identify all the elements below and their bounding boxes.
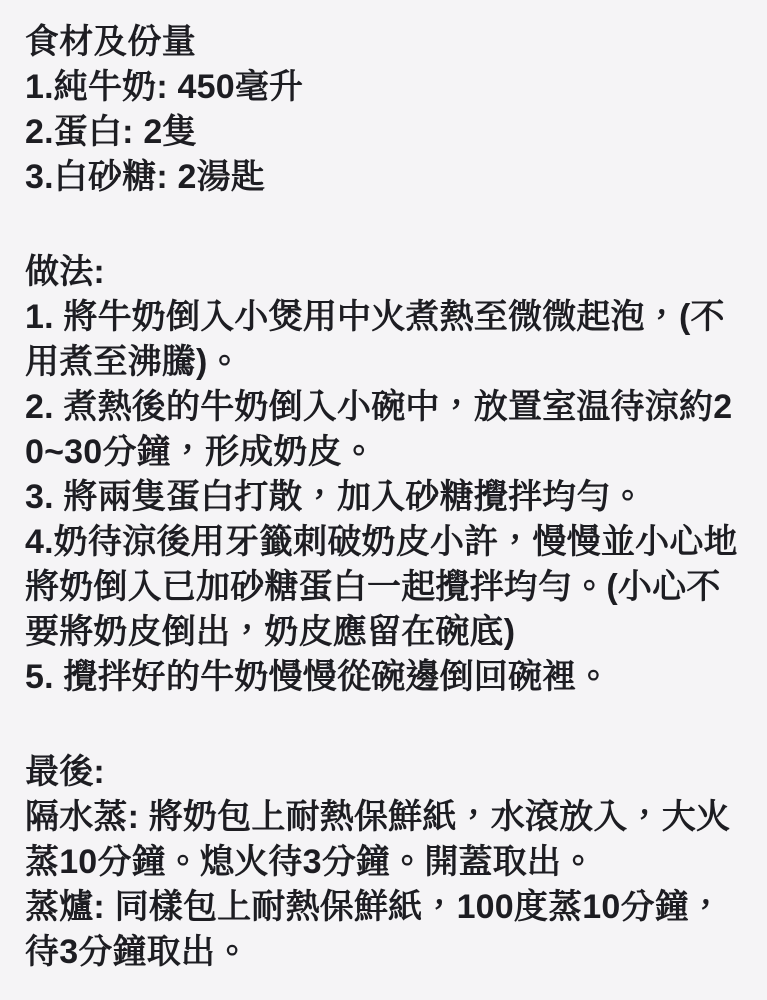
ingredients-heading: 食材及份量 (25, 20, 751, 65)
final-section: 最後: 隔水蒸: 將奶包上耐熱保鮮紙，水滾放入，大火蒸10分鐘。熄火待3分鐘。開… (25, 750, 751, 975)
final-heading: 最後: (25, 750, 751, 795)
ingredients-section: 食材及份量 1.純牛奶: 450毫升 2.蛋白: 2隻 3.白砂糖: 2湯匙 (25, 20, 751, 200)
recipe-page: { "page": { "background_color": "#f5f4f6… (0, 0, 767, 1000)
method-section: 做法: 1. 將牛奶倒入小煲用中火煮熱至微微起泡，(不用煮至沸騰)。 2. 煮熱… (25, 250, 751, 700)
recipe-document: 食材及份量 1.純牛奶: 450毫升 2.蛋白: 2隻 3.白砂糖: 2湯匙 做… (0, 0, 767, 1000)
final-step-steam-oven: 蒸爐: 同樣包上耐熱保鮮紙，100度蒸10分鐘，待3分鐘取出。 (25, 885, 751, 975)
ingredient-item-egg-white: 2.蛋白: 2隻 (25, 110, 751, 155)
method-step-5: 5. 攪拌好的牛奶慢慢從碗邊倒回碗裡。 (25, 655, 751, 700)
method-step-4: 4.奶待涼後用牙籤刺破奶皮小許，慢慢並小心地將奶倒入已加砂糖蛋白一起攪拌均勻。(… (25, 520, 751, 655)
method-heading: 做法: (25, 250, 751, 295)
ingredient-item-milk: 1.純牛奶: 450毫升 (25, 65, 751, 110)
method-step-2: 2. 煮熱後的牛奶倒入小碗中，放置室温待涼約20~30分鐘，形成奶皮。 (25, 385, 751, 475)
method-step-1: 1. 將牛奶倒入小煲用中火煮熱至微微起泡，(不用煮至沸騰)。 (25, 295, 751, 385)
final-step-water-bath-steam: 隔水蒸: 將奶包上耐熱保鮮紙，水滾放入，大火蒸10分鐘。熄火待3分鐘。開蓋取出。 (25, 795, 751, 885)
ingredient-item-sugar: 3.白砂糖: 2湯匙 (25, 155, 751, 200)
method-step-3: 3. 將兩隻蛋白打散，加入砂糖攪拌均勻。 (25, 475, 751, 520)
